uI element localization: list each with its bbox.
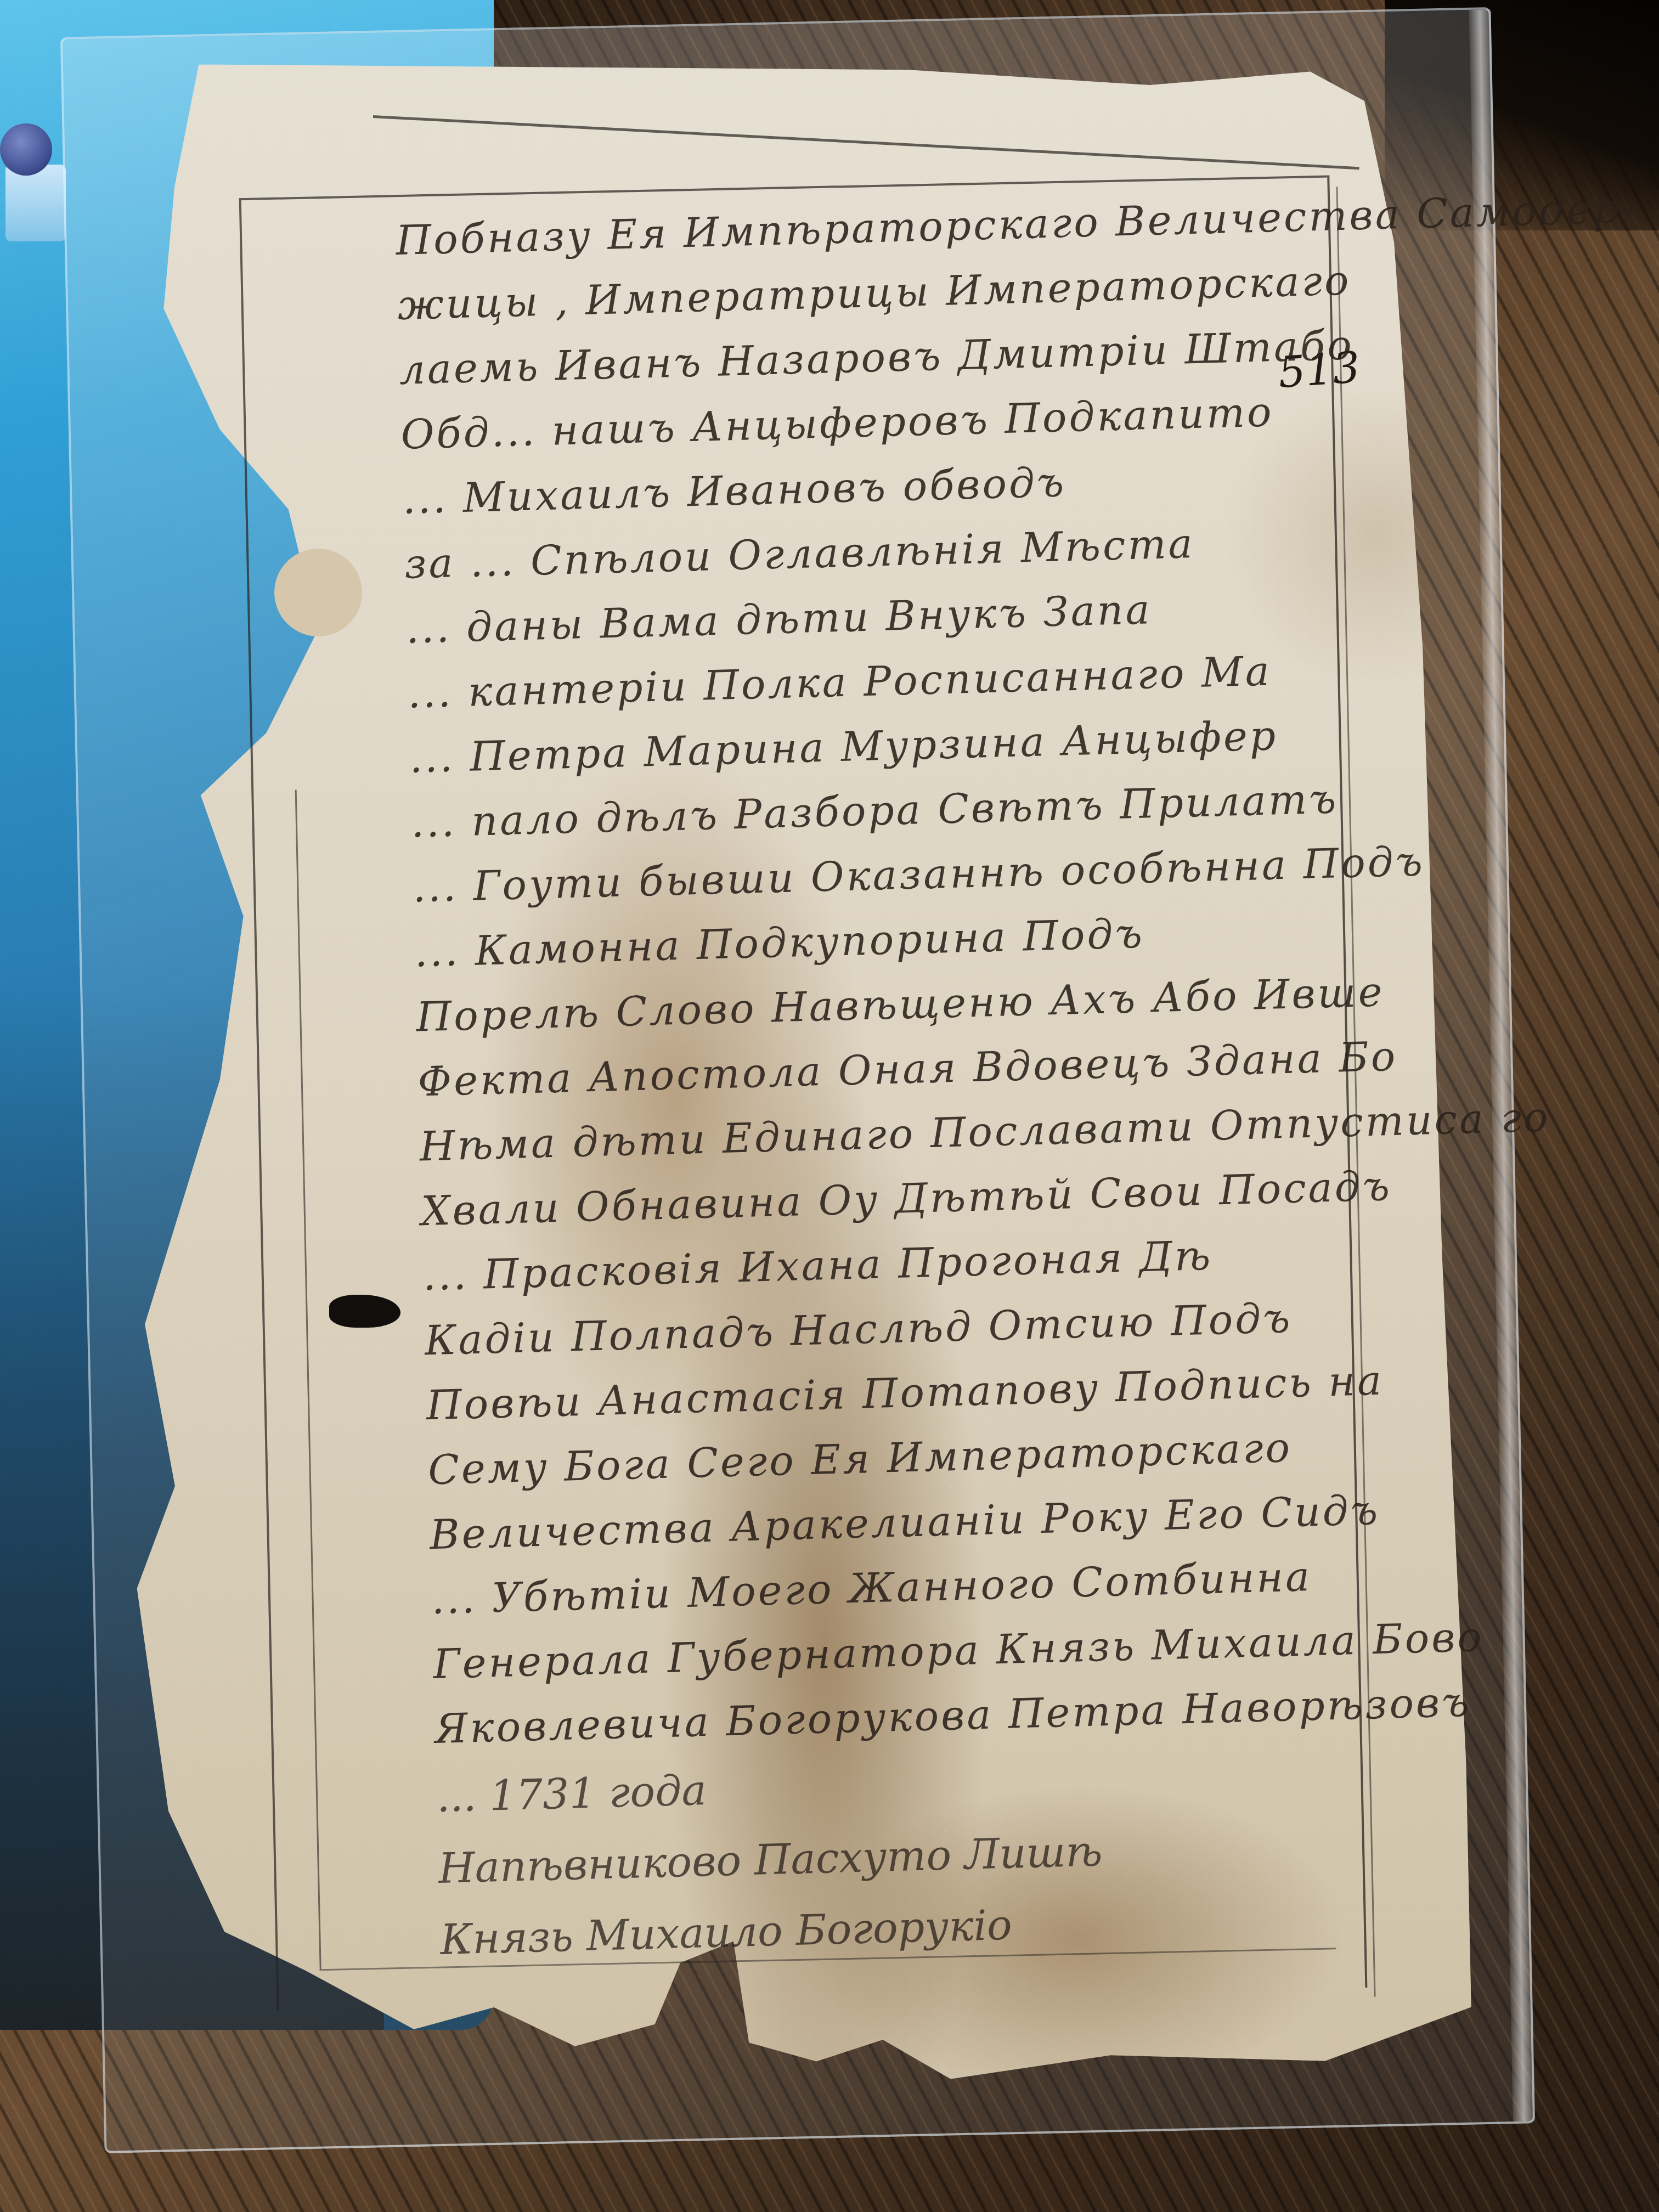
manuscript-text: Побназу Ея Импѣраторскаго Величества Сам… [395, 184, 1374, 1975]
vial-cap [0, 123, 52, 176]
vial [5, 165, 66, 241]
